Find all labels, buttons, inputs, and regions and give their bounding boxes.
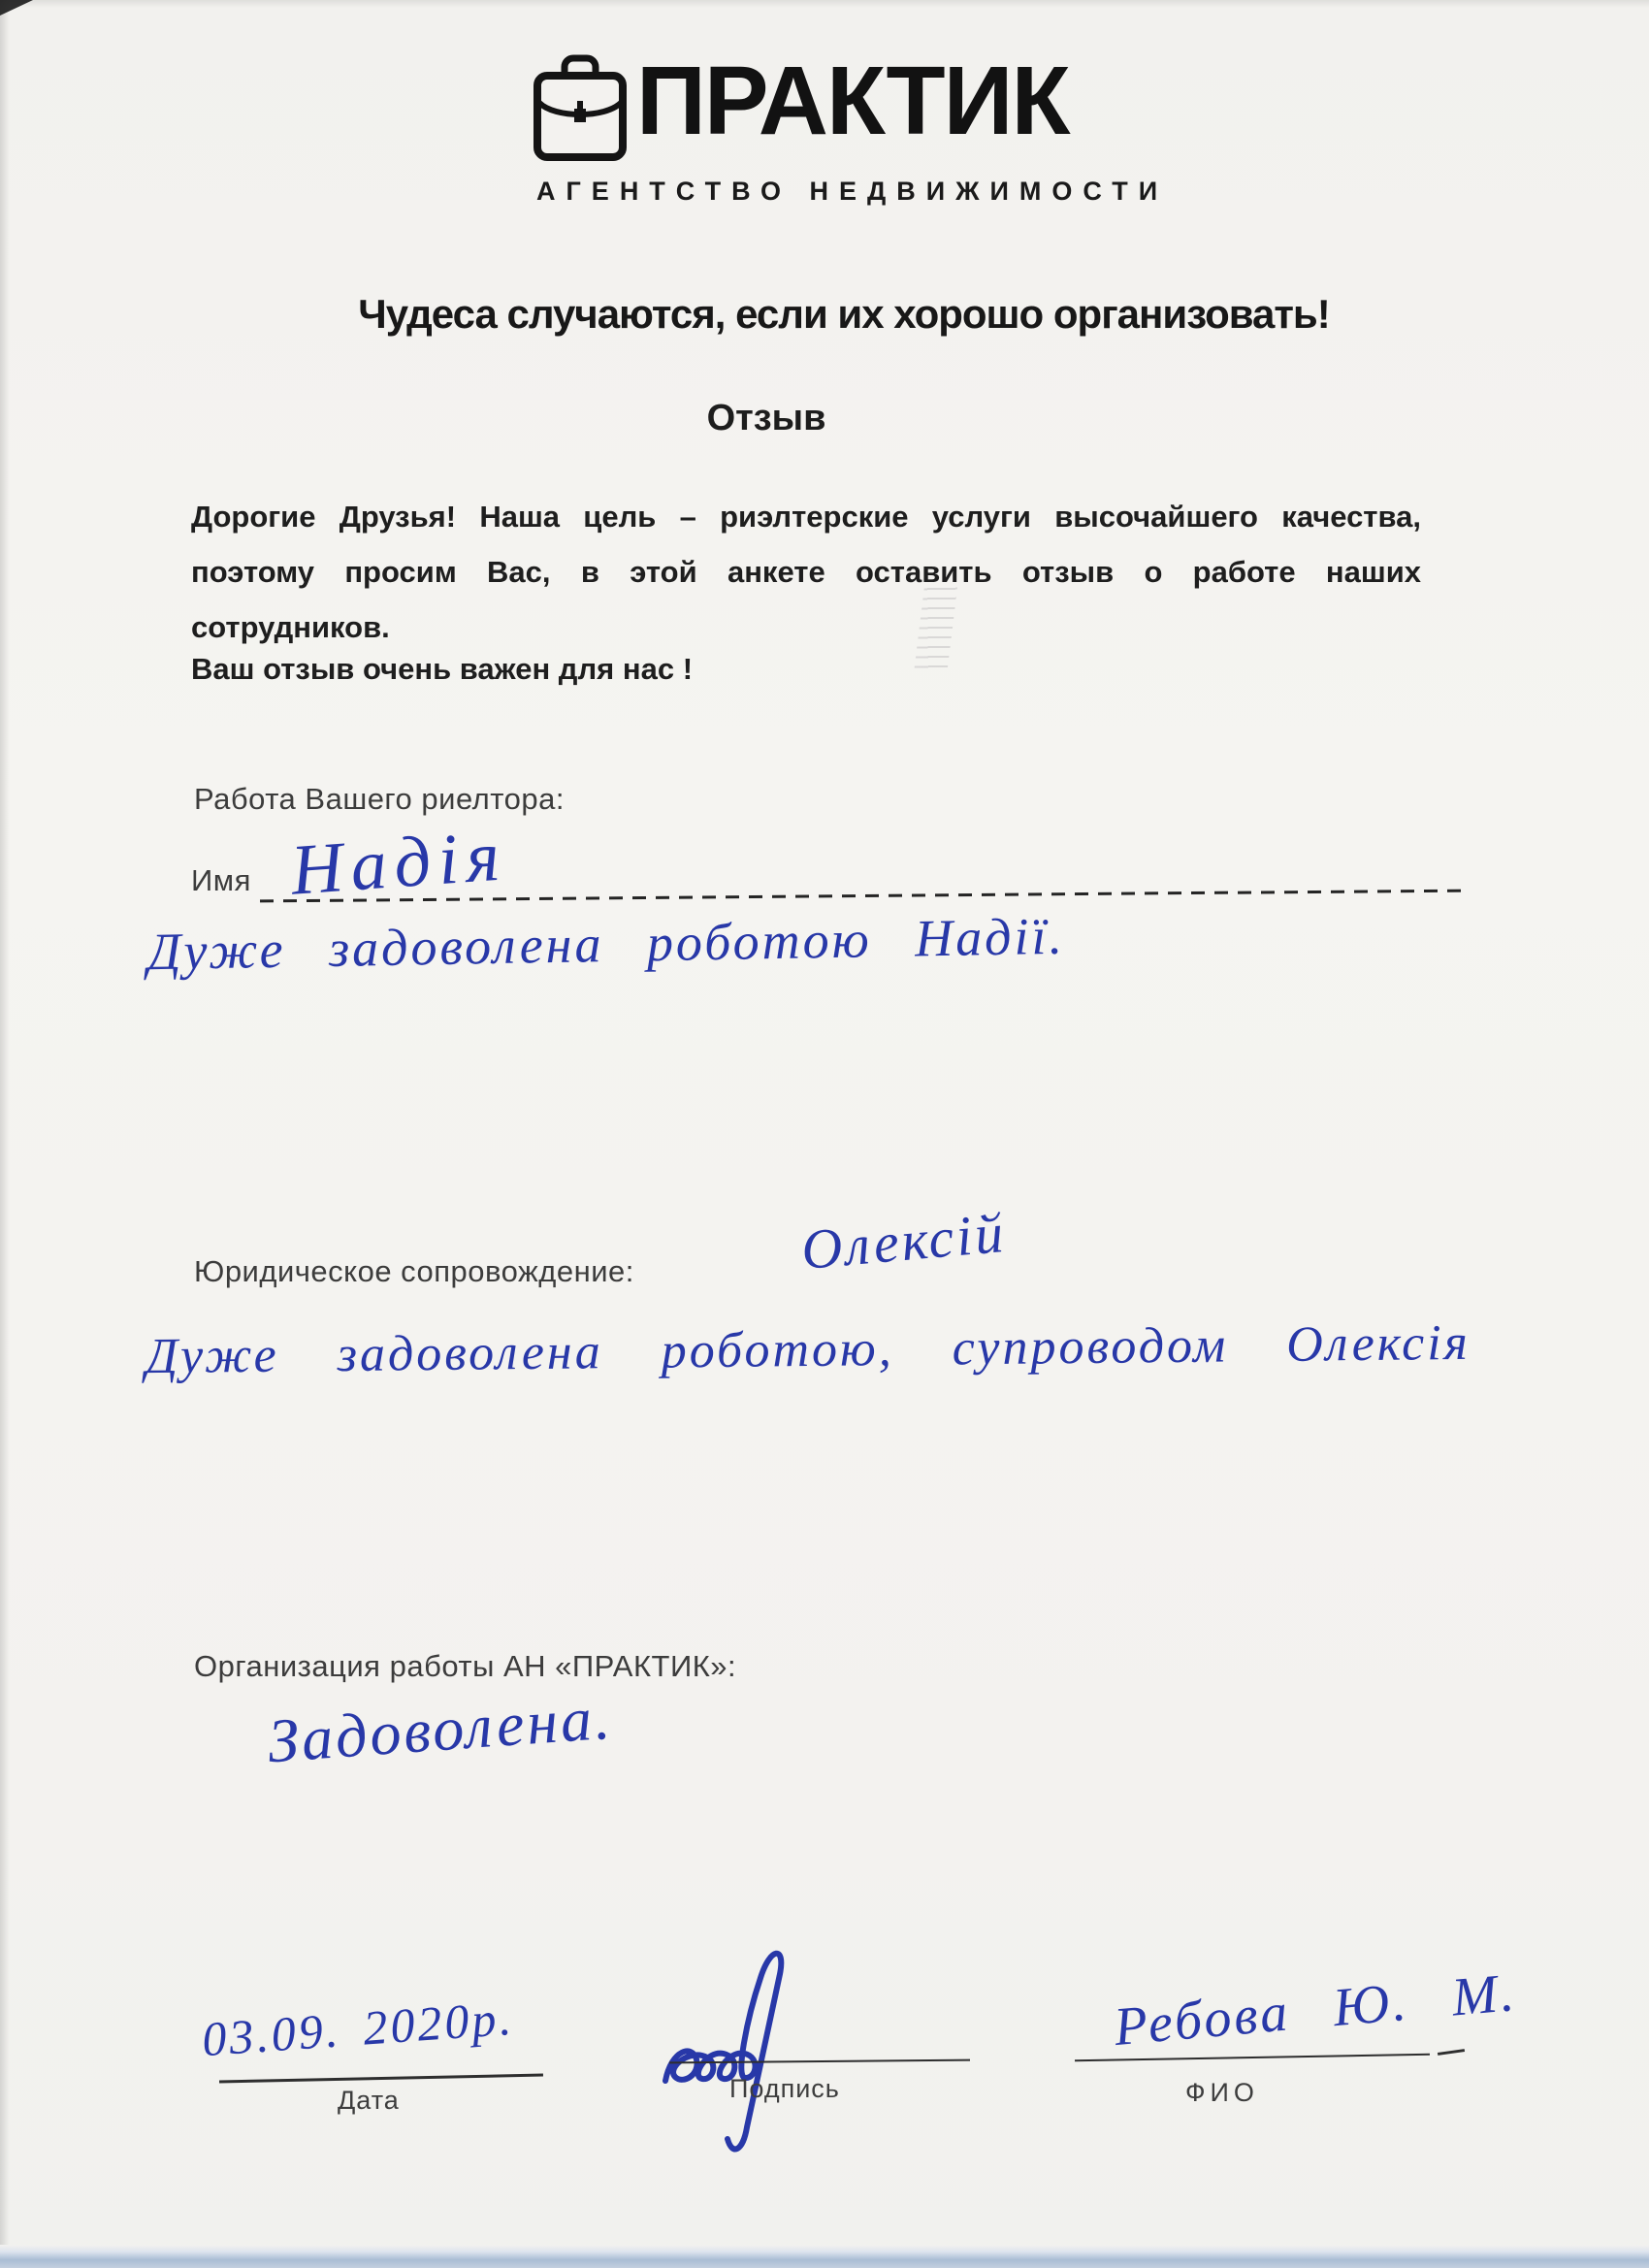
fio-label: ФИО: [1185, 2078, 1259, 2108]
handwritten-legal-review: Дуже задоволена роботою, супроводом Олек…: [145, 1314, 1471, 1385]
section-title: Отзыв: [87, 398, 1445, 439]
organization-section-label: Организация работы АН «ПРАКТИК»:: [194, 1649, 736, 1684]
realtor-section-label: Работа Вашего риелтора:: [194, 782, 565, 817]
intro-paragraph: Дорогие Друзья! Наша цель – риэлтерские …: [191, 489, 1421, 655]
scan-bottom-edge: [0, 2245, 1649, 2268]
handwritten-realtor-review: Дуже задоволена роботою Надії.: [147, 906, 1066, 983]
intro-line: поэтому просим Вас, в этой анкете остави…: [191, 544, 1421, 599]
scan-top-edge-shadow: [0, 0, 1649, 8]
important-note: Ваш отзыв очень важен для нас !: [191, 652, 693, 687]
legal-section-label: Юридическое сопровождение:: [194, 1254, 634, 1289]
intro-line: Дорогие Друзья! Наша цель – риэлтерские …: [191, 489, 1421, 544]
signature-scribble: [626, 1935, 917, 2168]
headline: Чудеса случаются, если их хорошо организ…: [175, 291, 1513, 338]
brand-name: ПРАКТИК: [636, 47, 1069, 155]
date-line: [219, 2074, 543, 2084]
signature-label: Подпись: [729, 2074, 840, 2104]
scan-left-edge-shadow: [0, 0, 10, 2268]
date-label: Дата: [338, 2086, 400, 2116]
handwritten-fio: Ребова Ю. М.: [1112, 1961, 1519, 2058]
intro-line: сотрудников.: [191, 599, 1421, 655]
scanned-feedback-form: ПРАКТИК АГЕНТСТВО НЕДВИЖИМОСТИ Чудеса сл…: [0, 0, 1649, 2268]
briefcase-icon: [532, 54, 629, 163]
brand-tagline: АГЕНТСТВО НЕДВИЖИМОСТИ: [536, 177, 1168, 207]
handwritten-date: 03.09. 2020р.: [200, 1990, 515, 2067]
handwritten-legal-name: Олексій: [798, 1200, 1008, 1282]
fio-line-dash: [1438, 2049, 1465, 2056]
handwritten-organization-review: Задоволена.: [266, 1682, 615, 1778]
name-field-label: Имя: [191, 863, 251, 898]
handwritten-realtor-name: Надія: [288, 815, 509, 912]
